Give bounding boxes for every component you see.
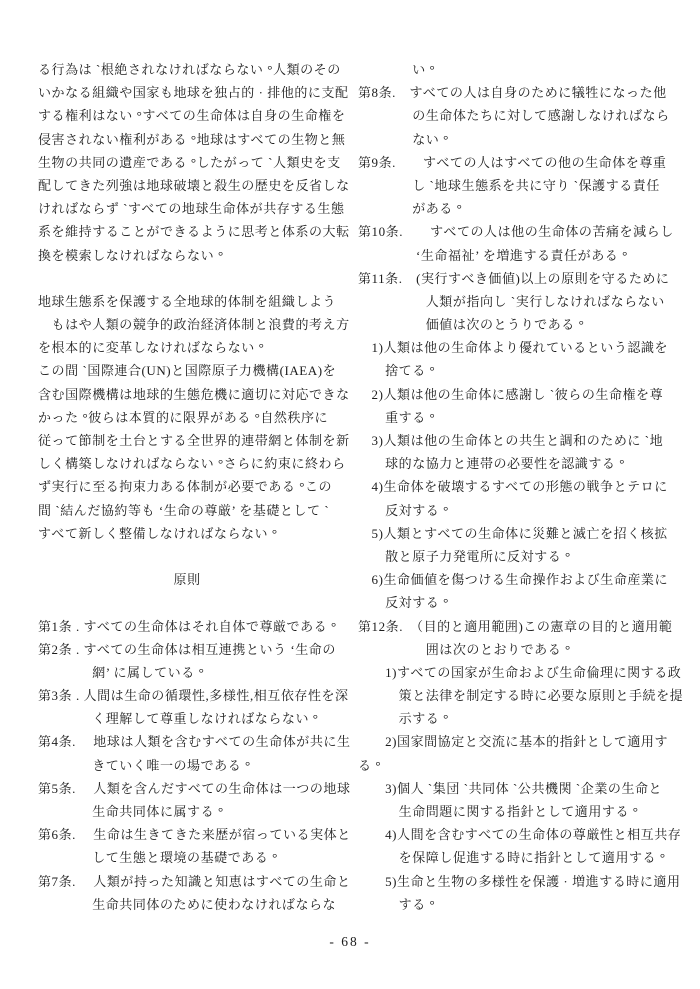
document-page: る行為は `根絶されなければならない °人類のそのいかなる組織や国家も地球を独占… xyxy=(0,0,700,989)
text-line: 第4条. 地球は人類を含むすべての生命体が共に生 xyxy=(38,730,354,753)
text-line: い ° xyxy=(358,58,678,81)
text-line: る ° xyxy=(358,754,678,777)
text-line: 第2条 . すべての生命体は相互連携という ‘生命の xyxy=(38,638,354,661)
text-line: 反対する ° xyxy=(358,591,678,614)
text-line: 第9条. すべての人はすべての他の生命体を尊重 xyxy=(358,151,678,174)
text-line: ず実行に至る拘束力ある体制が必要である °この xyxy=(38,475,354,498)
text-line: 1)人類は他の生命体より優れているという認識を xyxy=(358,336,678,359)
text-line: しく構築しなければならない °さらに約束に終わら xyxy=(38,452,354,475)
text-line: 重する ° xyxy=(358,406,678,429)
text-line xyxy=(38,545,354,568)
text-line: 3)人類は他の生命体との共生と調和のために `地 xyxy=(358,429,678,452)
text-line: く理解して尊重しなければならない ° xyxy=(38,707,354,730)
text-line: 第11条. (実行すべき価値)以上の原則を守るために xyxy=(358,267,678,290)
text-line: 生物の共同の遺産である °したがって `人類史を支 xyxy=(38,151,354,174)
text-line: ‘生命福祉’ を増進する責任がある ° xyxy=(358,244,678,267)
text-line: きていく唯一の場である ° xyxy=(38,754,354,777)
text-line: 価値は次のとうりである ° xyxy=(358,313,678,336)
text-line: 1)すべての国家が生命および生命倫理に関する政 xyxy=(358,661,678,684)
text-line: 第1条 . すべての生命体はそれ自体で尊厳である ° xyxy=(38,615,354,638)
text-line: 5)人類とすべての生命体に災難と滅亡を招く核拡 xyxy=(358,522,678,545)
text-line: の生命体たちに対して感謝しなければなら xyxy=(358,104,678,127)
text-line: ければならず `すべての地球生命体が共存する生態 xyxy=(38,197,354,220)
text-line: 人類が指向し `実行しなければならない xyxy=(358,290,678,313)
text-line: がある ° xyxy=(358,197,678,220)
text-line: この間 `国際連合(UN)と国際原子力機構(IAEA)を xyxy=(38,359,354,382)
text-line: 示する ° xyxy=(358,707,678,730)
text-line: 原則 xyxy=(38,568,354,591)
text-line: して生態と環境の基礎である ° xyxy=(38,846,354,869)
text-line: る行為は `根絶されなければならない °人類のその xyxy=(38,58,354,81)
text-line: 3)個人 `集団 `共同体 `公共機関 `企業の生命と xyxy=(358,777,678,800)
text-line: 2)国家間協定と交流に基本的指針として適用す xyxy=(358,730,678,753)
text-line: 間 `結んだ協約等も ‘生命の尊厳’ を基礎として ` xyxy=(38,499,354,522)
text-line: 従って節制を土台とする全世界的連帯網と体制を新 xyxy=(38,429,354,452)
text-line: ない ° xyxy=(358,128,678,151)
text-line: もはや人類の競争的政治経済体制と浪費的考え方 xyxy=(38,313,354,336)
right-text-column: い °第8条. すべての人は自身のために犠牲になった他 の生命体たちに対して感謝… xyxy=(358,58,678,916)
text-line: 第10条. すべての人は他の生命体の苦痛を減らし xyxy=(358,220,678,243)
text-line: 生命問題に関する指針として適用する ° xyxy=(358,800,678,823)
text-line: 地球生態系を保護する全地球的体制を組織しよう xyxy=(38,290,354,313)
text-line: 捨てる ° xyxy=(358,359,678,382)
text-line: 4)人間を含むすべての生命体の尊厳性と相互共存 xyxy=(358,823,678,846)
text-line: 4)生命体を破壊するすべての形態の戦争とテロに xyxy=(358,475,678,498)
text-line: を根本的に変革しなければならない ° xyxy=(38,336,354,359)
left-text-column: る行為は `根絶されなければならない °人類のそのいかなる組織や国家も地球を独占… xyxy=(38,58,354,916)
text-line: かった °彼らは本質的に限界がある °自然秩序に xyxy=(38,406,354,429)
text-line: 反対する ° xyxy=(358,499,678,522)
text-line: 5)生命と生物の多様性を保護 · 増進する時に適用 xyxy=(358,870,678,893)
text-line: 第12条. （目的と適用範囲)この憲章の目的と適用範 xyxy=(358,615,678,638)
text-line xyxy=(38,591,354,614)
text-line: 第5条. 人類を含んだすべての生命体は一つの地球 xyxy=(38,777,354,800)
text-line: 生命共同体のために使わなければならな xyxy=(38,893,354,916)
text-line xyxy=(38,267,354,290)
text-line: 含む国際機構は地球的生態危機に適切に対応できな xyxy=(38,383,354,406)
text-line: し `地球生態系を共に守り `保護する責任 xyxy=(358,174,678,197)
text-line: 6)生命価値を傷つける生命操作および生命産業に xyxy=(358,568,678,591)
text-line: 2)人類は他の生命体に感謝し `彼らの生命権を尊 xyxy=(358,383,678,406)
text-line: を保障し促進する時に指針として適用する ° xyxy=(358,846,678,869)
text-line: いかなる組織や国家も地球を独占的 · 排他的に支配 xyxy=(38,81,354,104)
text-line: 侵害されない権利がある °地球はすべての生物と無 xyxy=(38,128,354,151)
text-line: 第7条. 人類が持った知識と知恵はすべての生命と xyxy=(38,870,354,893)
text-line: する ° xyxy=(358,893,678,916)
text-line: 第8条. すべての人は自身のために犠牲になった他 xyxy=(358,81,678,104)
text-line: 系を維持することができるように思考と体系の大転 xyxy=(38,220,354,243)
text-line: 球的な協力と連帯の必要性を認識する ° xyxy=(358,452,678,475)
text-line: 配してきた列強は地球破壊と殺生の歴史を反省しな xyxy=(38,174,354,197)
text-line: 第6条. 生命は生きてきた来歴が宿っている実体と xyxy=(38,823,354,846)
text-line: 散と原子力発電所に反対する ° xyxy=(358,545,678,568)
text-line: する権利はない °すべての生命体は自身の生命権を xyxy=(38,104,354,127)
text-line: すべて新しく整備しなければならない ° xyxy=(38,522,354,545)
text-line: 網’ に属している ° xyxy=(38,661,354,684)
page-number: - 68 - xyxy=(0,934,700,950)
text-line: 生命共同体に属する ° xyxy=(38,800,354,823)
text-line: 第3条 . 人間は生命の循環性,多様性,相互依存性を深 xyxy=(38,684,354,707)
text-line: 囲は次のとおりである ° xyxy=(358,638,678,661)
text-line: 策と法律を制定する時に必要な原則と手続を提 xyxy=(358,684,678,707)
text-line: 換を模索しなければならない ° xyxy=(38,244,354,267)
